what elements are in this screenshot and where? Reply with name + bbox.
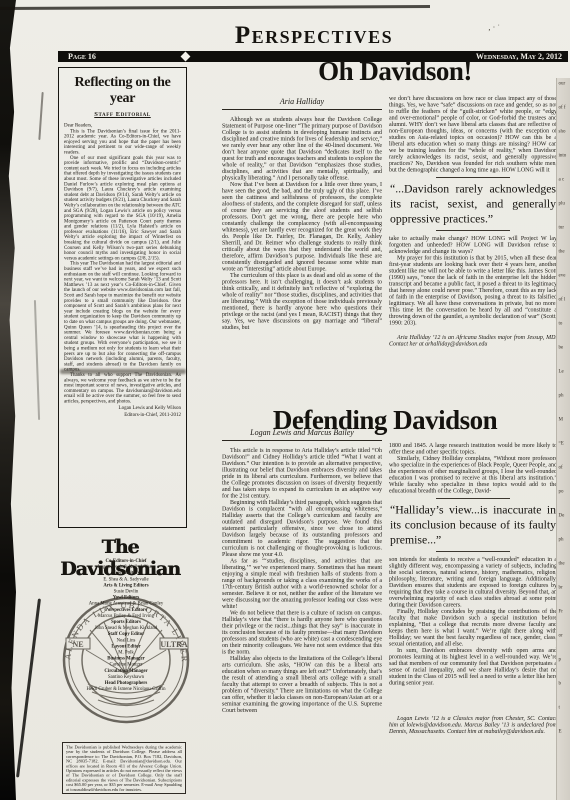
torn-text-fragment: be — [559, 345, 570, 350]
torn-text-fragment: eve — [559, 273, 570, 278]
torn-text-fragment: p — [559, 657, 570, 662]
torn-text-fragment: “E — [559, 441, 570, 446]
article1-pull-quote: “...Davidson rarely acknowledges its rac… — [389, 177, 557, 231]
article1-column-2: we don’t have discussions on how race or… — [389, 95, 557, 415]
torn-text-fragment: or — [559, 633, 570, 638]
staff-editorial-box: Reflecting on the year Staff Editorial D… — [58, 67, 187, 528]
article1-paragraph: Although we as students always hear the … — [222, 116, 382, 181]
article1-paragraph: The curriculum of this place is as dead … — [222, 272, 382, 331]
editorial-title: Reflecting on the year — [64, 75, 181, 107]
article2-continuation: son intends for students to receive a “w… — [389, 556, 557, 608]
editorial-signature: Logan Lewis and Kelly Wilson — [64, 406, 181, 411]
torn-text-fragment: of — [559, 465, 570, 470]
staff-entry: Layout EditorM. Polk — [52, 643, 200, 655]
torn-text-fragment: M — [559, 417, 570, 422]
staff-entry: Arts & Living EditorsSusie Devlin — [52, 582, 200, 594]
article2-column-2: 1800 and 1845. A large research institut… — [389, 442, 557, 797]
torn-text-fragment: sho — [559, 129, 570, 134]
torn-text-fragment: t — [559, 705, 570, 710]
article1-continuation: we don’t have discussions on how race or… — [389, 95, 557, 173]
editorial-salutation: Dear Readers, — [64, 123, 181, 128]
torn-text-fragment: into — [559, 153, 570, 158]
staff-entry: Perspectives EditorsMarcus Bailey & Fred… — [52, 607, 200, 619]
torn-text-fragment: Fr — [559, 609, 570, 614]
staff-entry: Sports EditorsJohn Snead & Meghan Kickla… — [52, 619, 200, 631]
article2-paragraph: As far as “‘studies, disciplines, and ac… — [222, 558, 382, 610]
editorial-signature-title: Editors-in-Chief, 2011-2012 — [64, 413, 181, 418]
staff-entry: Staff Copy EditorNeal Lins — [52, 631, 200, 643]
article2-pull-quote: “Halliday’s view...is inaccurate in its … — [389, 498, 557, 552]
diamond-icon — [181, 52, 191, 62]
page-number: Page 16 — [68, 52, 96, 61]
torn-text-fragment: E — [559, 729, 570, 734]
torn-text-fragment: a c — [559, 177, 570, 182]
article2-paragraph: Halliday also objects to the limitations… — [222, 655, 382, 714]
torn-text-fragment: ph — [559, 537, 570, 542]
margin-mark — [34, 300, 40, 420]
publication-info-box: The Davidsonian is published Wednesdays … — [62, 742, 186, 794]
newspaper-page: ‚·˙ Perspectives Page 16 Wednesday, May … — [0, 0, 570, 800]
article1-author-bio: Aria Halliday ’12 is an Africana Studies… — [389, 334, 557, 347]
article2-paragraph: Similarly, Cidney Holliday complains, “W… — [389, 455, 557, 494]
article1-column-1: Although we as students always hear the … — [222, 116, 382, 416]
masthead-seal-area: NE ULTRA ALENDA LUX UBI ORTA LIBERTAS Co… — [52, 558, 200, 740]
article1-byline: Aria Halliday — [222, 97, 382, 110]
editorial-paragraph: This is The Davidsonian’s final issue fo… — [64, 129, 181, 155]
article2-author-bio: Logan Lewis ’12 is a Classics major from… — [389, 715, 557, 735]
scanner-edge-band — [0, 0, 16, 800]
article1-headline: Oh Davidson! — [230, 58, 560, 85]
article1-paragraph: My prayer for this institution is that b… — [389, 255, 557, 327]
torn-text-fragment: of l — [559, 297, 570, 302]
scan-streak — [16, 598, 41, 777]
editorial-paragraph: One of our most significant goals this y… — [64, 155, 181, 261]
staff-names: Heidi Gruber & Ismene Nicolaou-Griffin — [52, 686, 200, 692]
article2-paragraph: This article is in response to Aria Hall… — [222, 447, 382, 499]
editorial-body: Dear Readers, This is The Davidsonian’s … — [64, 123, 181, 521]
torn-text-fragment: b — [559, 681, 570, 686]
torn-text-fragment: of f — [559, 105, 570, 110]
staff-entry: Co-Editors-in-ChiefLogan Lewis & Kelly W… — [52, 558, 200, 570]
torn-text-fragment: De — [559, 513, 570, 518]
torn-text-fragment: our — [559, 81, 570, 86]
article2-paragraph: Beginning with Halliday’s third paragrap… — [222, 499, 382, 558]
torn-text-fragment: ph — [559, 393, 570, 398]
publication-info-text: The Davidsonian is published Wednesdays … — [66, 745, 182, 791]
article1-paragraph: Now that I’ve been at Davidson for a lit… — [222, 181, 382, 272]
article2-paragraph: We do not believe that there is a cultur… — [222, 610, 382, 656]
staff-entry: Yowl EditorsAnna Marie Armstead & Brian … — [52, 595, 200, 607]
article2-paragraph: In sum, Davidson embraces diversity with… — [389, 647, 557, 686]
masthead-staff-list: Co-Editors-in-ChiefLogan Lewis & Kelly W… — [52, 558, 200, 740]
torn-text-fragment: the — [559, 561, 570, 566]
torn-text-fragment: to — [559, 321, 570, 326]
scan-top-line — [0, 5, 430, 9]
editorial-paragraph: Thanks to all who support The Davidsonia… — [64, 372, 181, 404]
article2-byline: Logan Lewis and Marcus Bailey — [222, 428, 382, 441]
torn-text-fragment: plu — [559, 201, 570, 206]
article2-paragraph: Finally, Holliday concludes by praising … — [389, 608, 557, 647]
staff-entry: News EditorsE. Shea & A. Sadyvalle — [52, 570, 200, 582]
article1-continuation: take to actually make change? HOW LONG w… — [389, 235, 557, 255]
margin-mark — [38, 92, 43, 140]
editorial-paragraphs: This is The Davidsonian’s final issue fo… — [64, 129, 181, 404]
staff-entry: Head PhotographersHeidi Gruber & Ismene … — [52, 680, 200, 692]
editorial-paragraph: This year The Davidsonian had the larges… — [64, 261, 181, 372]
torn-page-edge: ourof fshointoa cpluturtheeveof ltobeLep… — [556, 78, 570, 800]
section-title: Perspectives — [60, 22, 568, 50]
staff-entry: Business ManagerCaroline Munger — [52, 656, 200, 668]
article2-column-1: This article is in response to Aria Hall… — [222, 447, 382, 797]
staff-entry: Circulation ManagerSantino Keyshawn — [52, 668, 200, 680]
editorial-kicker: Staff Editorial — [64, 111, 181, 118]
torn-text-fragment: Le — [559, 369, 570, 374]
torn-text-fragment: the — [559, 249, 570, 254]
article2-continuation: 1800 and 1845. A large research institut… — [389, 442, 557, 455]
torn-text-fragment: br — [559, 585, 570, 590]
torn-text-fragment: po — [559, 489, 570, 494]
torn-text-fragment: tur — [559, 225, 570, 230]
